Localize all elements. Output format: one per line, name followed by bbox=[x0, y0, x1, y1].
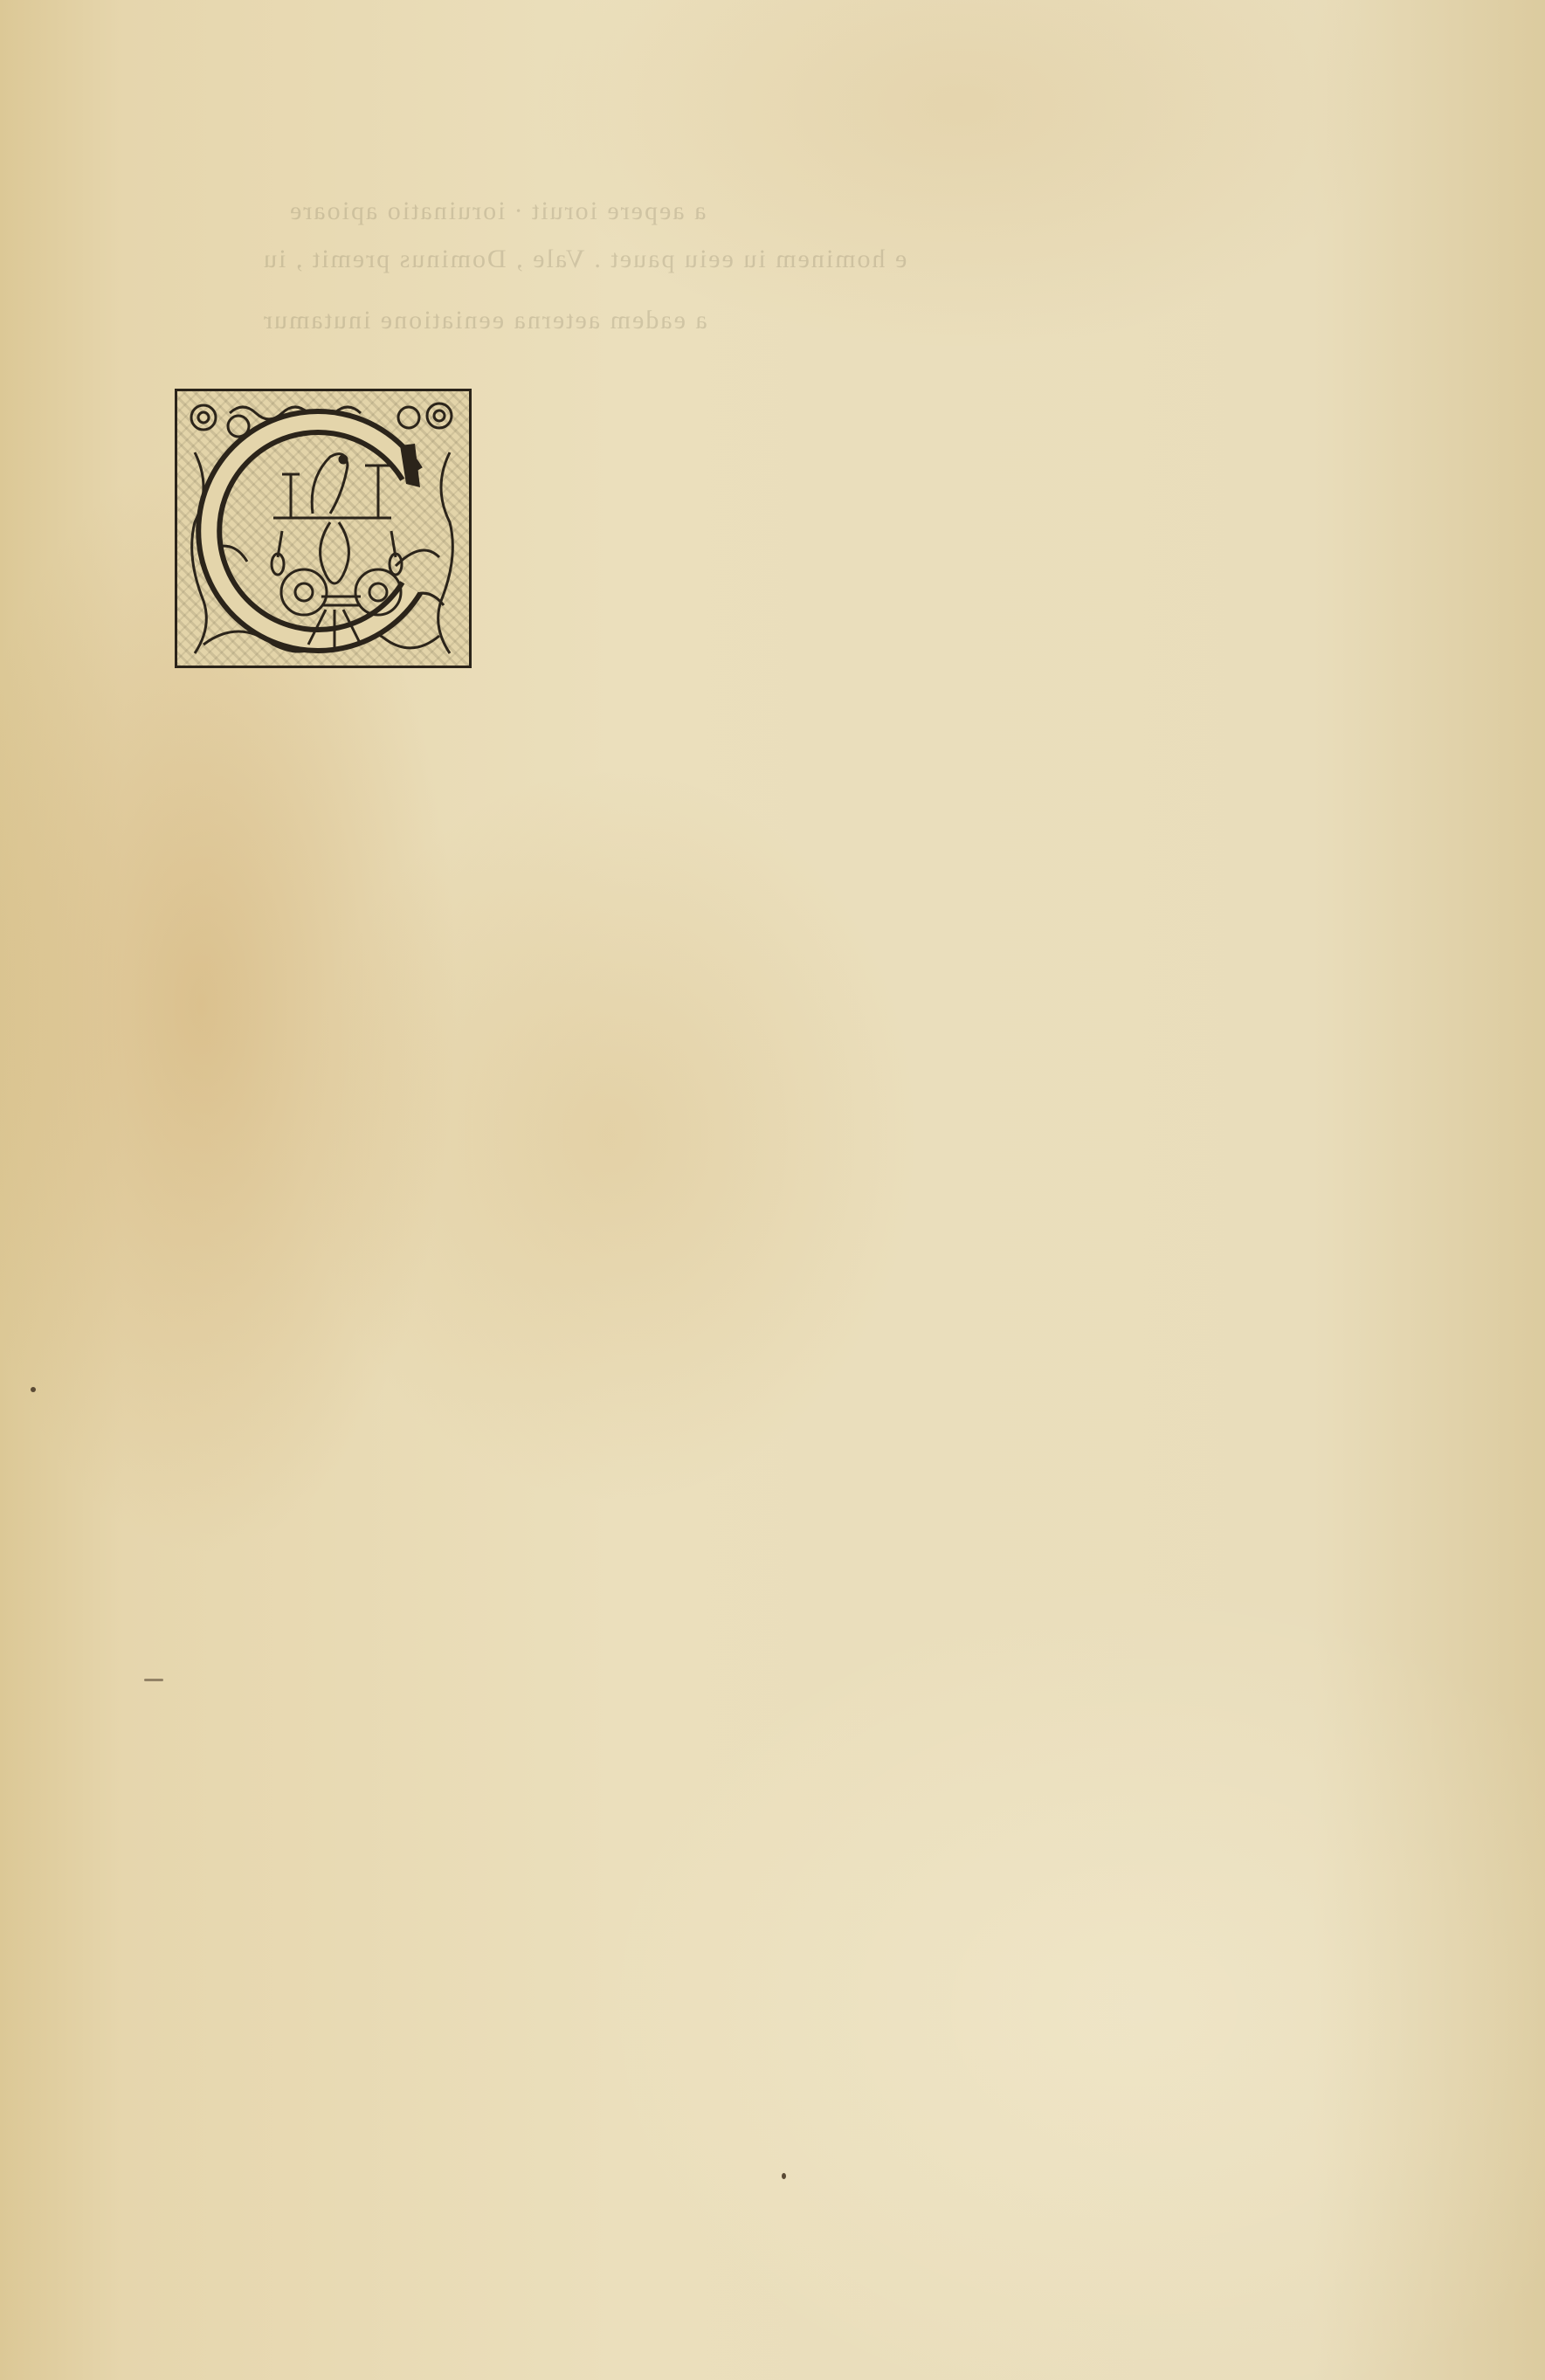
text-line bbox=[179, 1553, 1349, 1597]
show-through-text: a aepere ioruit ∙ ioruinatio apioare bbox=[288, 197, 706, 226]
text-line bbox=[498, 585, 1349, 629]
text-line bbox=[179, 1165, 1349, 1209]
text-line bbox=[179, 1504, 1349, 1548]
text-line bbox=[179, 1214, 1349, 1258]
stray-ink-mark bbox=[31, 1387, 36, 1392]
stray-ink-mark bbox=[144, 1679, 163, 1681]
ornamental-drop-cap bbox=[175, 389, 472, 668]
text-line bbox=[179, 1746, 1349, 1790]
text-line bbox=[179, 681, 1349, 725]
text-line bbox=[179, 1359, 1349, 1403]
text-line bbox=[179, 778, 1349, 822]
text-line bbox=[179, 1117, 1349, 1161]
text-line bbox=[179, 1311, 1349, 1355]
text-line bbox=[179, 1069, 1349, 1113]
text-line bbox=[179, 875, 1349, 919]
text-line bbox=[498, 488, 1349, 532]
text-line bbox=[179, 1262, 1349, 1306]
text-line bbox=[179, 827, 1349, 871]
text-line bbox=[179, 1795, 1349, 1838]
show-through-text: a eadem aeterna eeniatione inutamur bbox=[262, 306, 707, 335]
text-line bbox=[179, 1601, 1349, 1645]
text-line bbox=[498, 439, 1349, 483]
woodcut-initial-c-icon bbox=[177, 391, 469, 666]
text-line bbox=[179, 1649, 1349, 1693]
text-line bbox=[179, 730, 1349, 774]
stray-ink-mark bbox=[782, 2173, 786, 2179]
catchword bbox=[1205, 2128, 1362, 2171]
text-line bbox=[179, 1020, 1349, 1064]
text-line bbox=[179, 1843, 1349, 1887]
text-line bbox=[498, 633, 1349, 677]
text-line bbox=[179, 1988, 1349, 2032]
text-line bbox=[179, 1940, 1349, 1983]
text-line bbox=[179, 1456, 1349, 1500]
text-line bbox=[179, 1891, 1349, 1935]
text-line bbox=[179, 1407, 1349, 1451]
text-line bbox=[179, 2037, 1349, 2080]
show-through-text: e hominem iu eeiu pauet . Vale , Dominus… bbox=[262, 245, 907, 274]
text-line bbox=[498, 391, 1349, 435]
text-line bbox=[179, 1698, 1349, 1742]
text-line bbox=[498, 536, 1349, 580]
text-line bbox=[179, 923, 1349, 967]
text-line bbox=[179, 972, 1349, 1016]
